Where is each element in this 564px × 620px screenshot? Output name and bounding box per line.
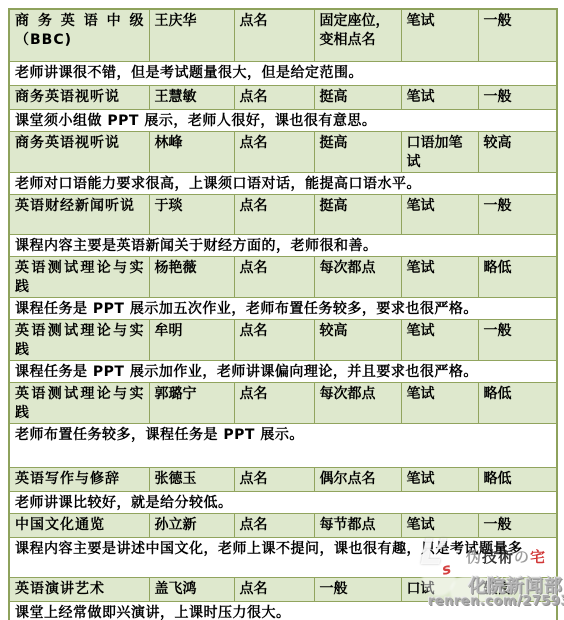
teacher-cell: 王庆华	[149, 9, 234, 61]
rollcall-cell: 点名	[234, 467, 314, 491]
course-cell: 英语测试理论与实践	[9, 256, 149, 297]
difficulty-cell: 一般	[478, 85, 557, 109]
teacher-cell: 郭璐宁	[149, 382, 234, 423]
frequency-cell: 挺高	[314, 131, 401, 172]
frequency-cell: 一般	[314, 577, 401, 601]
rollcall-cell: 点名	[234, 577, 314, 601]
course-evaluation-table: 商务英语中级（BBC) 王庆华 点名 固定座位，变相点名 笔试 一般 老师讲课很…	[8, 8, 558, 620]
frequency-cell: 每次都点	[314, 256, 401, 297]
rollcall-cell: 点名	[234, 194, 314, 234]
table-row: 英语财经新闻听说 于琰 点名 挺高 笔试 一般	[9, 194, 557, 234]
course-cell: 英语测试理论与实践	[9, 319, 149, 360]
comment-cell: 课程任务是 PPT 展示加五次作业，老师布置任务较多，要求也很严格。	[9, 297, 557, 319]
difficulty-cell: 一般	[478, 194, 557, 234]
frequency-cell: 固定座位，变相点名	[314, 9, 401, 61]
course-cell: 商务英语中级（BBC)	[9, 9, 149, 61]
frequency-cell: 每次都点	[314, 382, 401, 423]
difficulty-cell: 略低	[478, 467, 557, 491]
exam-cell: 笔试	[401, 9, 478, 61]
difficulty-cell: 较高	[478, 577, 557, 601]
rollcall-cell: 点名	[234, 382, 314, 423]
teacher-cell: 于琰	[149, 194, 234, 234]
table-row: 英语写作与修辞 张德玉 点名 偶尔点名 笔试 略低	[9, 467, 557, 491]
difficulty-cell: 略低	[478, 382, 557, 423]
course-cell: 英语测试理论与实践	[9, 382, 149, 423]
exam-cell: 笔试	[401, 382, 478, 423]
exam-cell: 笔试	[401, 256, 478, 297]
comment-cell: 老师讲课很不错，但是考试题量很大，但是给定范围。	[9, 61, 557, 85]
table-row: 商务英语视听说 王慧敏 点名 挺高 笔试 一般	[9, 85, 557, 109]
comment-row: 课堂上经常做即兴演讲，上课时压力很大。	[9, 601, 557, 620]
frequency-cell: 每节都点	[314, 513, 401, 537]
comment-row: 课程任务是 PPT 展示加作业，老师讲课偏向理论，并且要求也很严格。	[9, 360, 557, 382]
table-row: 英语测试理论与实践 郭璐宁 点名 每次都点 笔试 略低	[9, 382, 557, 423]
frequency-cell: 挺高	[314, 85, 401, 109]
course-cell: 英语财经新闻听说	[9, 194, 149, 234]
table-row: 英语测试理论与实践 杨艳薇 点名 每次都点 笔试 略低	[9, 256, 557, 297]
difficulty-cell: 一般	[478, 9, 557, 61]
frequency-cell: 偶尔点名	[314, 467, 401, 491]
comment-cell: 老师对口语能力要求很高，上课须口语对话，能提高口语水平。	[9, 172, 557, 194]
comment-row: 课堂须小组做 PPT 展示，老师人很好，课也很有意思。	[9, 109, 557, 131]
teacher-cell: 张德玉	[149, 467, 234, 491]
exam-cell: 笔试	[401, 194, 478, 234]
comment-cell: 课程内容主要是讲述中国文化，老师上课不提问，课也很有趣，只是考试题量多	[9, 537, 557, 577]
difficulty-cell: 略低	[478, 256, 557, 297]
exam-cell: 笔试	[401, 513, 478, 537]
rollcall-cell: 点名	[234, 319, 314, 360]
course-cell: 英语写作与修辞	[9, 467, 149, 491]
teacher-cell: 杨艳薇	[149, 256, 234, 297]
course-cell: 商务英语视听说	[9, 85, 149, 109]
comment-cell: 老师讲课比较好，就是给分较低。	[9, 491, 557, 513]
table-row: 英语演讲艺术 盖飞鸿 点名 一般 口试 较高	[9, 577, 557, 601]
course-cell: 中国文化通览	[9, 513, 149, 537]
course-cell: 商务英语视听说	[9, 131, 149, 172]
rollcall-cell: 点名	[234, 85, 314, 109]
teacher-cell: 王慧敏	[149, 85, 234, 109]
comment-row: 老师布置任务较多，课程任务是 PPT 展示。	[9, 423, 557, 467]
difficulty-cell: 一般	[478, 319, 557, 360]
rollcall-cell: 点名	[234, 256, 314, 297]
comment-cell: 课堂须小组做 PPT 展示，老师人很好，课也很有意思。	[9, 109, 557, 131]
rollcall-cell: 点名	[234, 513, 314, 537]
comment-cell: 老师布置任务较多，课程任务是 PPT 展示。	[9, 423, 557, 467]
comment-row: 课程内容主要是讲述中国文化，老师上课不提问，课也很有趣，只是考试题量多	[9, 537, 557, 577]
comment-row: 老师对口语能力要求很高，上课须口语对话，能提高口语水平。	[9, 172, 557, 194]
difficulty-cell: 较高	[478, 131, 557, 172]
teacher-cell: 林峰	[149, 131, 234, 172]
frequency-cell: 较高	[314, 319, 401, 360]
comment-row: 课程内容主要是英语新闻关于财经方面的，老师很和善。	[9, 234, 557, 256]
table-row: 商务英语中级（BBC) 王庆华 点名 固定座位，变相点名 笔试 一般	[9, 9, 557, 61]
comment-cell: 课堂上经常做即兴演讲，上课时压力很大。	[9, 601, 557, 620]
table-row: 商务英语视听说 林峰 点名 挺高 口语加笔试 较高	[9, 131, 557, 172]
teacher-cell: 牟明	[149, 319, 234, 360]
comment-row: 老师讲课很不错，但是考试题量很大，但是给定范围。	[9, 61, 557, 85]
rollcall-cell: 点名	[234, 9, 314, 61]
comment-row: 老师讲课比较好，就是给分较低。	[9, 491, 557, 513]
exam-cell: 笔试	[401, 467, 478, 491]
screenshot-root: 商务英语中级（BBC) 王庆华 点名 固定座位，变相点名 笔试 一般 老师讲课很…	[0, 0, 564, 620]
exam-cell: 笔试	[401, 85, 478, 109]
teacher-cell: 盖飞鸿	[149, 577, 234, 601]
exam-cell: 口语加笔试	[401, 131, 478, 172]
rollcall-cell: 点名	[234, 131, 314, 172]
exam-cell: 笔试	[401, 319, 478, 360]
comment-row: 课程任务是 PPT 展示加五次作业，老师布置任务较多，要求也很严格。	[9, 297, 557, 319]
frequency-cell: 挺高	[314, 194, 401, 234]
comment-cell: 课程内容主要是英语新闻关于财经方面的，老师很和善。	[9, 234, 557, 256]
difficulty-cell: 一般	[478, 513, 557, 537]
exam-cell: 口试	[401, 577, 478, 601]
table-row: 英语测试理论与实践 牟明 点名 较高 笔试 一般	[9, 319, 557, 360]
course-cell: 英语演讲艺术	[9, 577, 149, 601]
comment-cell: 课程任务是 PPT 展示加作业，老师讲课偏向理论，并且要求也很严格。	[9, 360, 557, 382]
table-row: 中国文化通览 孙立新 点名 每节都点 笔试 一般	[9, 513, 557, 537]
teacher-cell: 孙立新	[149, 513, 234, 537]
